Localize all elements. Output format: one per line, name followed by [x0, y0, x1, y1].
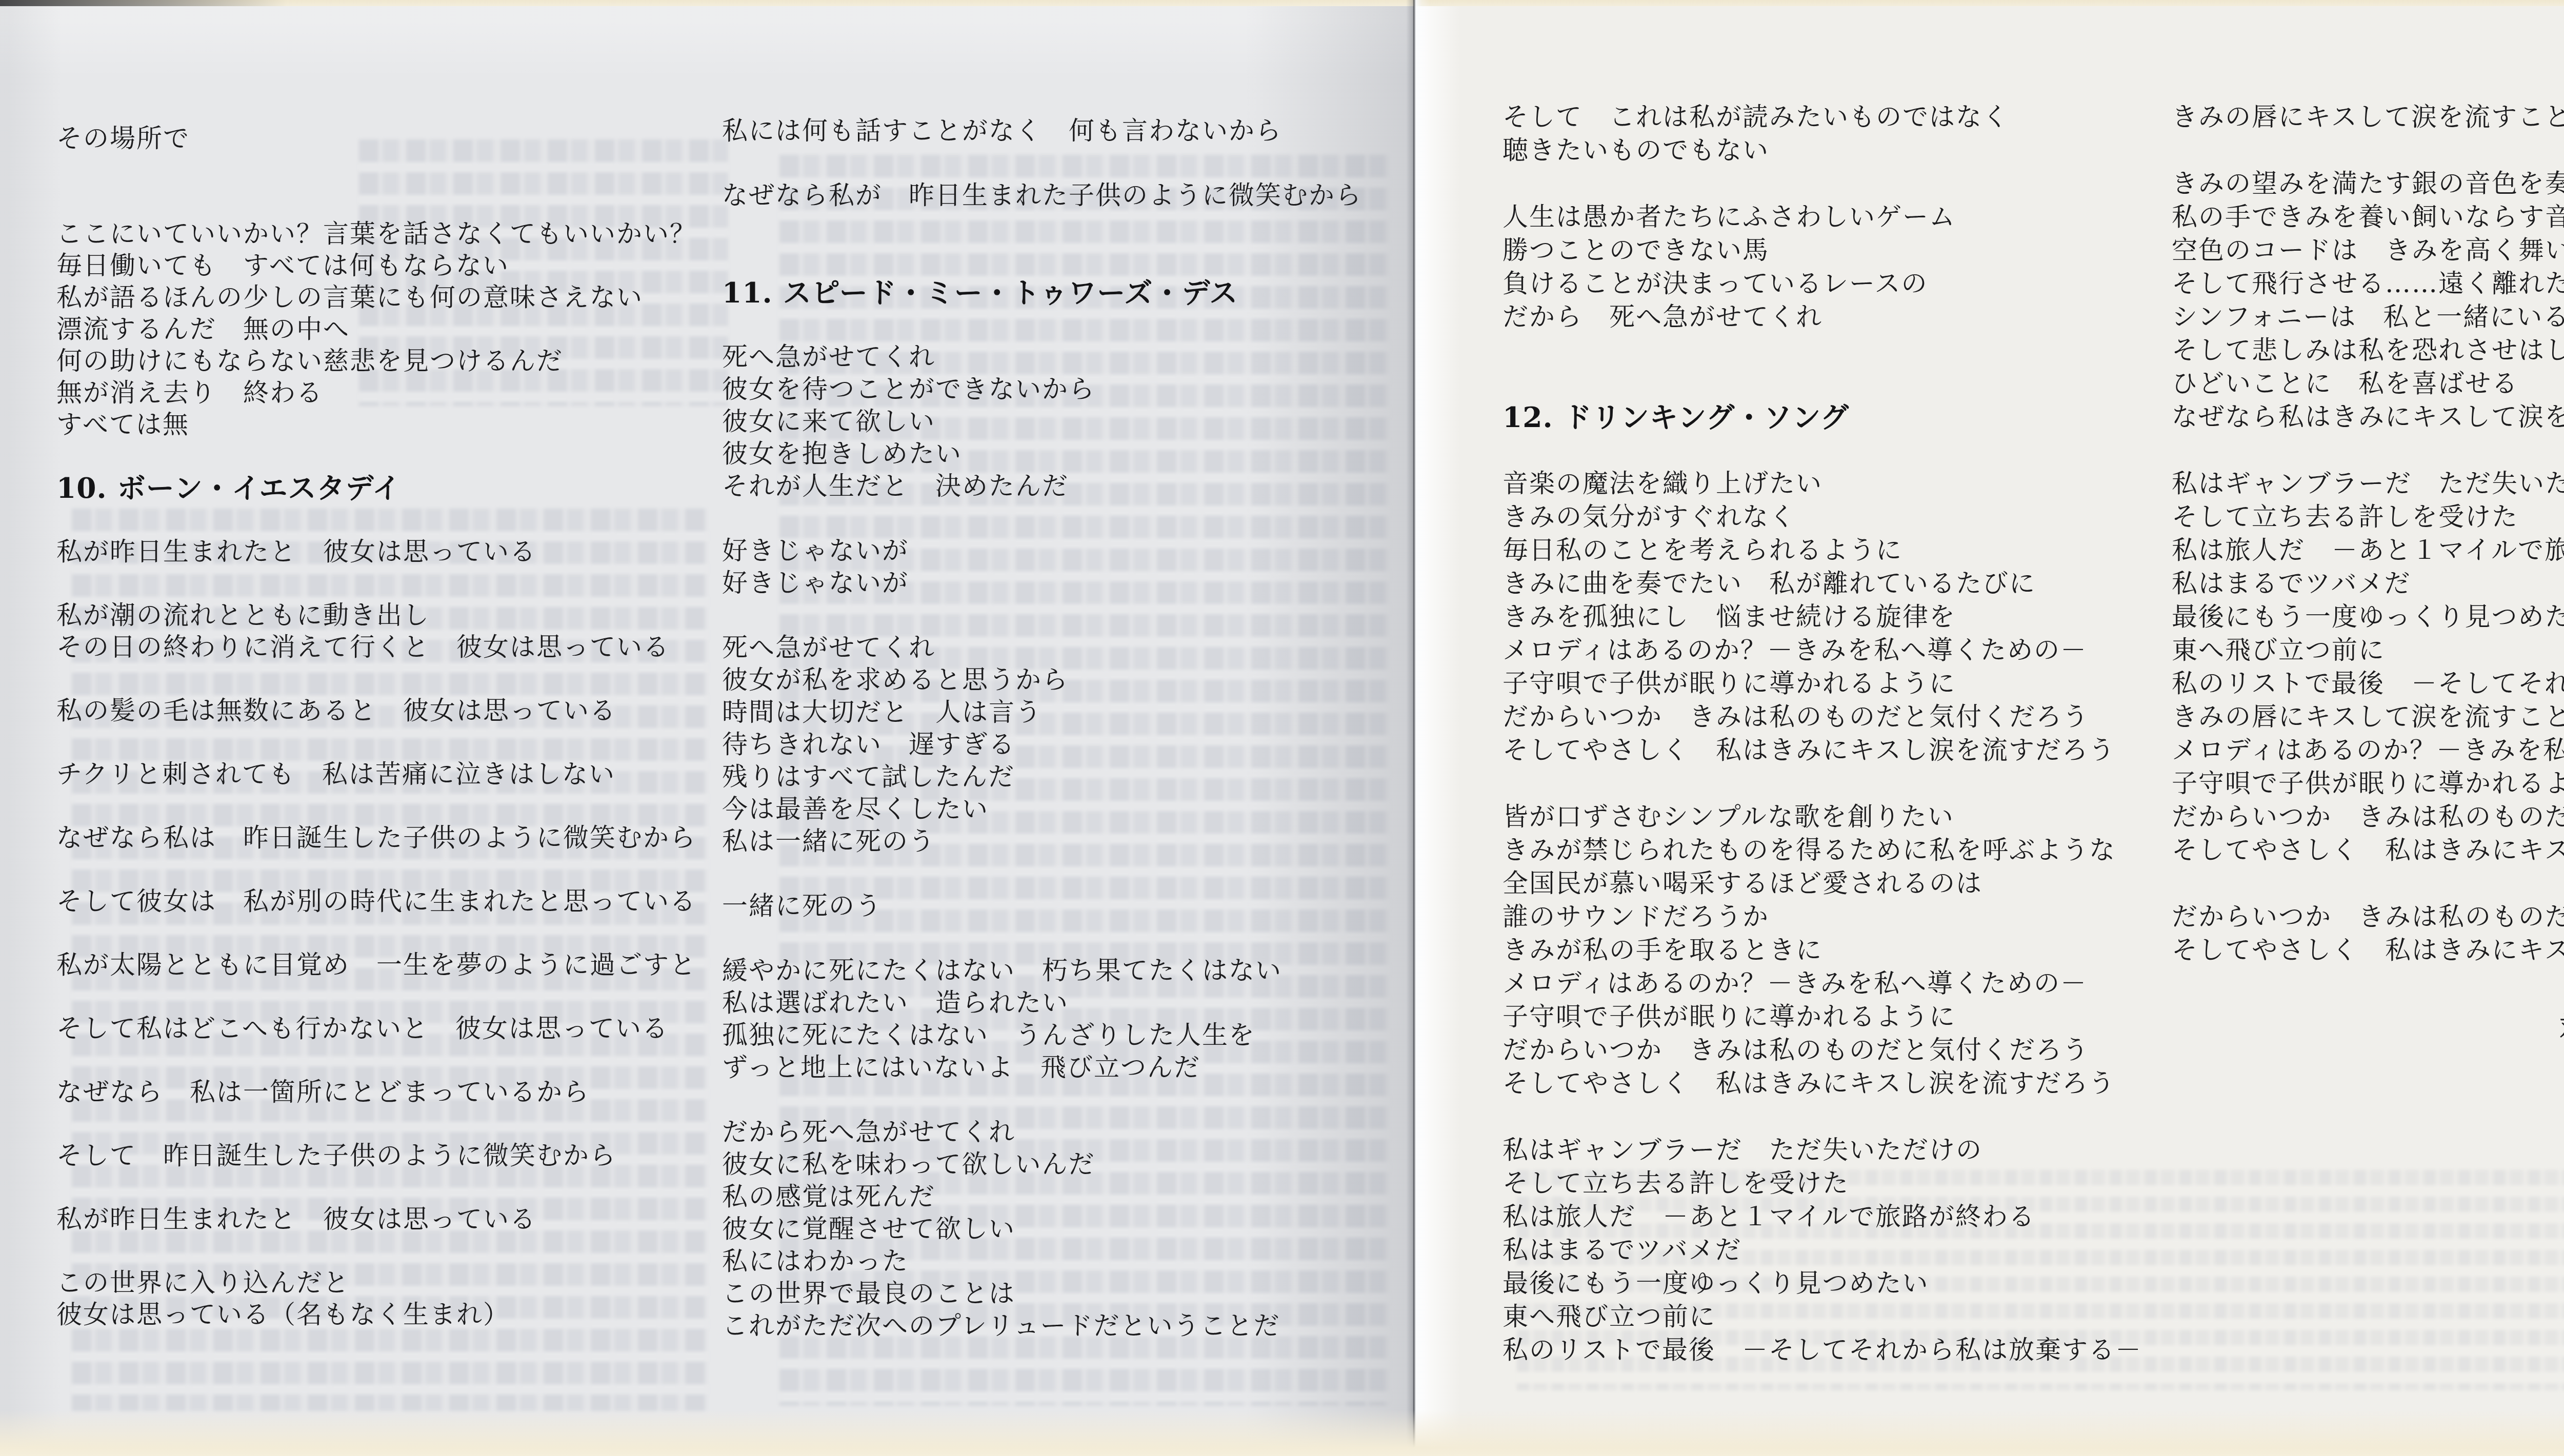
booklet-spine-gutter [1406, 0, 1430, 1456]
lyric-stanza: なぜなら私が 昨日生まれた子供のように微笑むから [722, 179, 1394, 212]
lyric-line: 私のリストで最後 －そしてそれから私は放棄する－ [2172, 667, 2564, 700]
translator-credit: 対訳:矢岸礼子 [2174, 1006, 2564, 1043]
lyric-line: 負けることが決まっているレースの [1503, 267, 2215, 300]
lyric-line: 人生は愚か者たちにふさわしいゲーム [1503, 200, 2215, 234]
lyric-line: 彼女に覚醒させて欲しい [722, 1213, 1394, 1245]
lyric-line: 誰のサウンドだろうか [1503, 900, 2215, 934]
lyric-line: 全国民が慕い喝采するほど愛されるのは [1503, 867, 2215, 900]
lyric-line: きみの気分がすぐれなく [1503, 500, 2215, 534]
lyric-line: 漂流するんだ 無の中へ [56, 313, 723, 345]
lyric-line: 毎日私のことを考えられるように [1503, 534, 2215, 567]
lyric-line: なぜなら 私は一箇所にとどまっているから [56, 1076, 723, 1108]
lyric-line: そして飛行させる……遠く離れた地へ [2172, 267, 2564, 300]
lyric-stanza: この世界に入り込んだと彼女は思っている（名もなく生まれ） [56, 1267, 723, 1330]
lyric-line: 私はまるでツバメだ [2172, 567, 2564, 600]
lyric-line: 子守唄で子供が眠りに導かれるように [1503, 667, 2215, 700]
lyric-line: だから 死へ急がせてくれ [1503, 300, 2215, 334]
lyric-stanza: その場所で [56, 123, 723, 154]
lyric-line: 今は最善を尽くしたい [722, 793, 1394, 825]
lyric-line: そして立ち去る許しを受けた [2172, 500, 2564, 534]
lyric-stanza: そして彼女は 私が別の時代に生まれたと思っている [56, 885, 723, 917]
lyric-stanza: 私はギャンブラーだ ただ失いただけのそして立ち去る許しを受けた私は旅人だ －あと… [1503, 1134, 2215, 1367]
lyric-line: そしてやさしく 私はきみにキスし涙を流すだろう [1503, 734, 2215, 767]
lyric-stanza: 一緒に死のう [722, 890, 1394, 922]
lyric-line: 彼女に私を味わって欲しいんだ [722, 1148, 1394, 1181]
lyric-line: 死へ急がせてくれ [722, 341, 1394, 373]
lyric-line: 彼女を待つことができないから [722, 373, 1394, 406]
lyric-line: 皆が口ずさむシンプルな歌を創りたい [1503, 800, 2215, 834]
lyric-stanza: 私が太陽とともに目覚め 一生を夢のように過ごすと [56, 949, 723, 981]
lyric-stanza: きみの望みを満たす銀の音色を奏でたい私の手できみを養い飼いならす音色を空色のコー… [2172, 167, 2564, 434]
lyric-line: だからいつか きみは私のものだと気付くだろう [1503, 700, 2215, 734]
lyric-line: 緩やかに死にたくはない 朽ち果てたくはない [722, 955, 1394, 987]
lyric-line: 私が太陽とともに目覚め 一生を夢のように過ごすと [56, 949, 723, 981]
lyrics-column-4: きみの唇にキスして涙を流すことをきみの望みを満たす銀の音色を奏でたい私の手できみ… [2172, 100, 2564, 967]
lyric-line: 彼女が私を求めると思うから [722, 664, 1394, 696]
lyric-line: 私にはわかった [722, 1245, 1394, 1278]
lyric-stanza: そして これは私が読みたいものではなく聴きたいものでもない [1503, 100, 2215, 167]
lyric-line: ずっと地上にはいないよ 飛び立つんだ [722, 1051, 1394, 1084]
lyric-stanza: 私には何も話すことがなく 何も言わないから [722, 115, 1394, 147]
lyric-line: 私は一緒に死のう [722, 825, 1394, 858]
lyric-line: 私のリストで最後 －そしてそれから私は放棄する－ [1503, 1333, 2215, 1367]
lyric-line: 東へ飛び立つ前に [2172, 634, 2564, 667]
lyric-line: だからいつか きみは私のものだと気付くだろう [2172, 800, 2564, 834]
lyric-stanza: 私が昨日生まれたと 彼女は思っている [56, 536, 723, 568]
lyric-line: きみの望みを満たす銀の音色を奏でたい [2172, 167, 2564, 200]
lyric-stanza: 好きじゃないが好きじゃないが [722, 535, 1394, 599]
lyric-stanza: 私が昨日生まれたと 彼女は思っている [56, 1203, 723, 1235]
lyric-stanza: 人生は愚か者たちにふさわしいゲーム勝つことのできない馬負けることが決まっているレ… [1503, 200, 2215, 334]
lyric-line: その日の終わりに消えて行くと 彼女は思っている [56, 631, 723, 663]
lyric-stanza: 死へ急がせてくれ彼女を待つことができないから彼女に来て欲しい彼女を抱きしめたいそ… [722, 341, 1394, 502]
lyric-line: 私の手できみを養い飼いならす音色を [2172, 200, 2564, 234]
lyric-line: 最後にもう一度ゆっくり見つめたい [1503, 1267, 2215, 1300]
lyric-line: 待ちきれない 遅すぎる [722, 729, 1394, 761]
track-title-text: 12. ドリンキング・ソング [1503, 400, 2215, 434]
lyric-line: 何の助けにもならない慈悲を見つけるんだ [56, 345, 723, 377]
lyric-line: 彼女に来て欲しい [722, 406, 1394, 438]
lyric-line: きみが私の手を取るときに [1503, 934, 2215, 967]
lyric-line: なぜなら私が 昨日生まれた子供のように微笑むから [722, 179, 1394, 212]
lyric-line: そして彼女は 私が別の時代に生まれたと思っている [56, 885, 723, 917]
lyric-stanza: なぜなら 私は一箇所にとどまっているから [56, 1076, 723, 1108]
lyric-line: 私は旅人だ －あと１マイルで旅路が終わる [2172, 534, 2564, 567]
lyric-stanza: 緩やかに死にたくはない 朽ち果てたくはない私は選ばれたい 造られたい孤独に死にた… [722, 955, 1394, 1084]
lyric-line: チクリと刺されても 私は苦痛に泣きはしない [56, 758, 723, 790]
lyric-stanza: だから死へ急がせてくれ彼女に私を味わって欲しいんだ私の感覚は死んだ彼女に覚醒させ… [722, 1116, 1394, 1342]
lyric-line: 私が昨日生まれたと 彼女は思っている [56, 536, 723, 568]
lyric-line: 最後にもう一度ゆっくり見つめたい [2172, 600, 2564, 634]
booklet-scan: { "colors": { "scan_background": "#f2ecd… [0, 0, 2564, 1456]
lyric-line: 音楽の魔法を織り上げたい [1503, 467, 2215, 500]
lyric-line: ここにいていいかい？言葉を話さなくてもいいかい？ [56, 218, 723, 250]
lyric-line: 私は旅人だ －あと１マイルで旅路が終わる [1503, 1200, 2215, 1233]
lyric-line: 勝つことのできない馬 [1503, 234, 2215, 267]
lyric-line: 私の髪の毛は無数にあると 彼女は思っている [56, 695, 723, 726]
lyric-line: 彼女は思っている（名もなく生まれ） [56, 1299, 723, 1330]
lyric-line: 子守唄で子供が眠りに導かれるように [2172, 767, 2564, 800]
lyric-line: 好きじゃないが [722, 567, 1394, 599]
track-title-text: 10. ボーン・イエスタデイ [56, 472, 723, 504]
lyric-line: だから死へ急がせてくれ [722, 1116, 1394, 1148]
lyric-line: 私は選ばれたい 造られたい [722, 987, 1394, 1019]
lyric-stanza: なぜなら私は 昨日誕生した子供のように微笑むから [56, 822, 723, 854]
lyrics-column-1: その場所でここにいていいかい？言葉を話さなくてもいいかい？毎日働いても すべては… [56, 123, 723, 1330]
lyric-line: シンフォニーは 私と一緒にいるよう優しく導く [2172, 300, 2564, 334]
track-title: 11. スピード・ミー・トゥワーズ・デス [722, 276, 1394, 309]
lyric-stanza: チクリと刺されても 私は苦痛に泣きはしない [56, 758, 723, 790]
lyric-line: そして悲しみは私を恐れさせはしない [2172, 334, 2564, 367]
lyric-stanza: そして 昨日誕生した子供のように微笑むから [56, 1140, 723, 1171]
track-title: 10. ボーン・イエスタデイ [56, 472, 723, 504]
lyric-line: 無が消え去り 終わる [56, 377, 723, 409]
lyric-line: 私はギャンブラーだ ただ失いただけの [1503, 1134, 2215, 1167]
lyric-line: メロディはあるのか？－きみを私へ導くための－ [2172, 734, 2564, 767]
lyric-line: そして立ち去る許しを受けた [1503, 1167, 2215, 1200]
lyric-line: なぜなら私はきみにキスして涙を流したいから [2172, 400, 2564, 434]
lyric-line: きみが禁じられたものを得るために私を呼ぶような [1503, 834, 2215, 867]
lyric-line: だからいつか きみは私のものだと気付くだろう [2172, 900, 2564, 934]
lyric-line: メロディはあるのか？－きみを私へ導くための－ [1503, 967, 2215, 1000]
lyric-line: 私が昨日生まれたと 彼女は思っている [56, 1203, 723, 1235]
lyric-stanza: 私の髪の毛は無数にあると 彼女は思っている [56, 695, 723, 726]
lyric-line: 彼女を抱きしめたい [722, 438, 1394, 470]
lyric-line: 孤独に死にたくはない うんざりした人生を [722, 1019, 1394, 1051]
lyric-line: 死へ急がせてくれ [722, 632, 1394, 664]
lyric-line: 空色のコードは きみを高く舞い上がらせ [2172, 234, 2564, 267]
lyric-line: そしてやさしく 私はきみにキスし涙を流すだろう [1503, 1067, 2215, 1100]
lyric-stanza: 音楽の魔法を織り上げたいきみの気分がすぐれなく毎日私のことを考えられるようにきみ… [1503, 467, 2215, 767]
lyrics-column-2: 私には何も話すことがなく 何も言わないからなぜなら私が 昨日生まれた子供のように… [722, 115, 1394, 1342]
lyric-line: 東へ飛び立つ前に [1503, 1300, 2215, 1333]
lyric-line: すべては無 [56, 409, 723, 440]
track-title-text: 11. スピード・ミー・トゥワーズ・デス [722, 276, 1394, 309]
lyric-line: 私の感覚は死んだ [722, 1181, 1394, 1213]
track-title: 12. ドリンキング・ソング [1503, 400, 2215, 434]
lyric-line: きみの唇にキスして涙を流すことを [2172, 100, 2564, 134]
lyric-stanza: きみの唇にキスして涙を流すことを [2172, 100, 2564, 134]
lyric-line: 私には何も話すことがなく 何も言わないから [722, 115, 1394, 147]
lyric-stanza: 死へ急がせてくれ彼女が私を求めると思うから時間は大切だと 人は言う待ちきれない … [722, 632, 1394, 858]
lyric-stanza: そして私はどこへも行かないと 彼女は思っている [56, 1013, 723, 1044]
lyric-stanza: 皆が口ずさむシンプルな歌を創りたいきみが禁じられたものを得るために私を呼ぶような… [1503, 800, 2215, 1100]
lyric-line: 時間は大切だと 人は言う [722, 696, 1394, 729]
lyric-stanza: 私が潮の流れとともに動き出しその日の終わりに消えて行くと 彼女は思っている [56, 599, 723, 663]
lyric-line: そして 昨日誕生した子供のように微笑むから [56, 1140, 723, 1171]
lyric-line: そしてやさしく 私はきみにキスし涙を流すだろう [2172, 834, 2564, 867]
lyric-line: きみに曲を奏でたい 私が離れているたびに [1503, 567, 2215, 600]
lyric-line: メロディはあるのか？－きみを私へ導くための－ [1503, 634, 2215, 667]
scanner-edge-bottom [0, 1410, 2564, 1456]
lyric-stanza: だからいつか きみは私のものだと気付くだろうそしてやさしく 私はきみにキスし涙を… [2172, 900, 2564, 967]
lyric-line: 好きじゃないが [722, 535, 1394, 567]
lyric-line: きみを孤独にし 悩ませ続ける旋律を [1503, 600, 2215, 634]
lyric-line: 聴きたいものでもない [1503, 134, 2215, 167]
lyric-line: ひどいことに 私を喜ばせる [2172, 367, 2564, 400]
lyric-line: 私が潮の流れとともに動き出し [56, 599, 723, 631]
lyric-line: 私はギャンブラーだ ただ失いただけの [2172, 467, 2564, 500]
lyric-line: なぜなら私は 昨日誕生した子供のように微笑むから [56, 822, 723, 854]
lyric-line: そして これは私が読みたいものではなく [1503, 100, 2215, 134]
lyric-line: これがただ次へのプレリュードだということだ [722, 1310, 1394, 1342]
lyric-line: 毎日働いても すべては何もならない [56, 250, 723, 281]
lyric-line: 私はまるでツバメだ [1503, 1233, 2215, 1267]
lyric-line: この世界に入り込んだと [56, 1267, 723, 1299]
lyric-line: きみの唇にキスして涙を流すことを [2172, 700, 2564, 734]
lyric-line: それが人生だと 決めたんだ [722, 470, 1394, 502]
lyric-line: だからいつか きみは私のものだと気付くだろう [1503, 1034, 2215, 1067]
lyric-line: 一緒に死のう [722, 890, 1394, 922]
lyric-line: そして私はどこへも行かないと 彼女は思っている [56, 1013, 723, 1044]
lyric-line: そしてやさしく 私はきみにキスし涙を流すだろう [2172, 934, 2564, 967]
lyric-stanza: 私はギャンブラーだ ただ失いただけのそして立ち去る許しを受けた私は旅人だ －あと… [2172, 467, 2564, 867]
lyric-line: この世界で最良のことは [722, 1278, 1394, 1310]
lyric-stanza: ここにいていいかい？言葉を話さなくてもいいかい？毎日働いても すべては何もならな… [56, 218, 723, 440]
lyrics-column-3: そして これは私が読みたいものではなく聴きたいものでもない人生は愚か者たちにふさ… [1503, 100, 2215, 1367]
lyric-line: 子守唄で子供が眠りに導かれるように [1503, 1000, 2215, 1034]
lyric-line: 私が語るほんの少しの言葉にも何の意味さえない [56, 281, 723, 313]
lyric-line: 残りはすべて試したんだ [722, 761, 1394, 793]
lyric-line: その場所で [56, 123, 723, 154]
